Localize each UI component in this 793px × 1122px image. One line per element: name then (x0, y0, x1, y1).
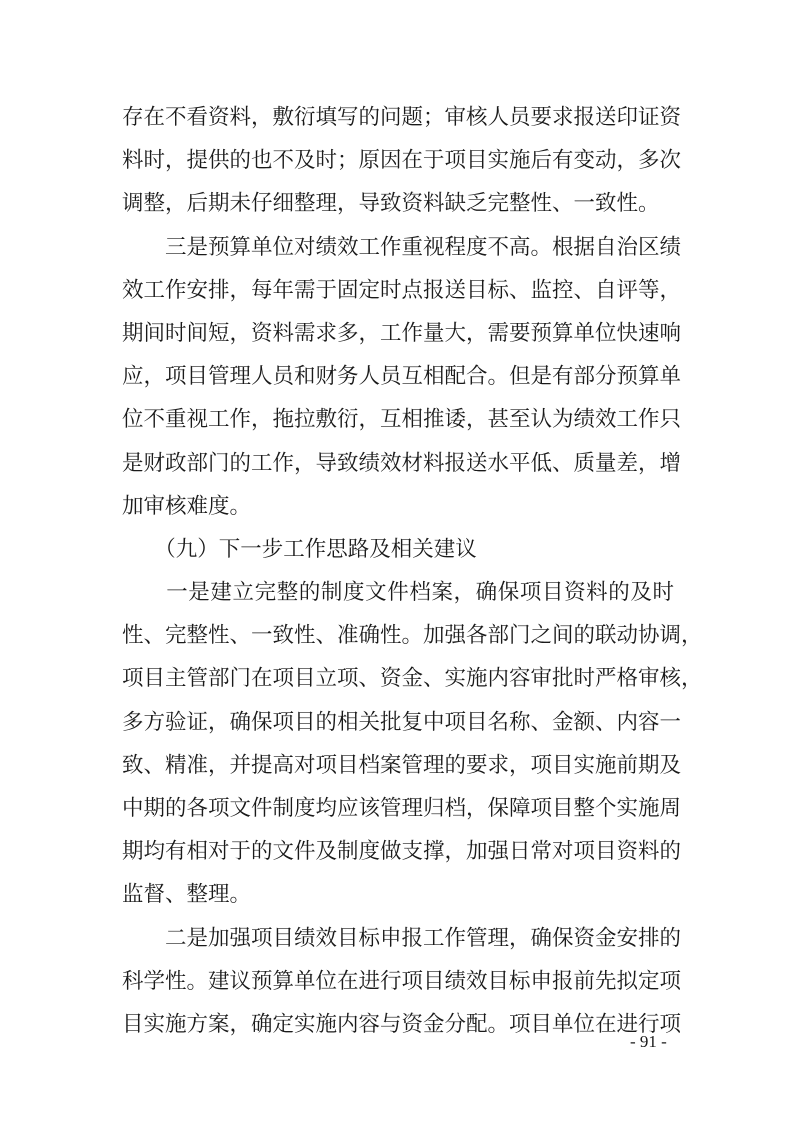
page-number: - 91 - (630, 1032, 667, 1052)
paragraph-start-line: 二是加强项目绩效目标申报工作管理，确保资金安排的 (122, 917, 674, 960)
text-line: 目实施方案，确定实施内容与资金分配。项目单位在进行项 (122, 1003, 674, 1046)
text-line: 性、完整性、一致性、准确性。加强各部门之间的联动协调， (122, 614, 674, 657)
text-line: 应，项目管理人员和财务人员互相配合。但是有部分预算单 (122, 355, 674, 398)
text-line: 期均有相对于的文件及制度做支撑，加强日常对项目资料的 (122, 830, 674, 873)
text-line: 效工作安排，每年需于固定时点报送目标、监控、自评等， (122, 269, 674, 312)
body-text: 存在不看资料，敷衍填写的问题；审核人员要求报送印证资 料时，提供的也不及时；原因… (122, 96, 674, 1046)
text-line: 存在不看资料，敷衍填写的问题；审核人员要求报送印证资 (122, 96, 674, 139)
section-heading: （九）下一步工作思路及相关建议 (122, 528, 674, 571)
text-line: 期间时间短，资料需求多，工作量大，需要预算单位快速响 (122, 312, 674, 355)
paragraph-start-line: 一是建立完整的制度文件档案，确保项目资料的及时 (122, 571, 674, 614)
text-line: 加审核难度。 (122, 485, 674, 528)
text-line: 科学性。建议预算单位在进行项目绩效目标申报前先拟定项 (122, 960, 674, 1003)
text-line: 项目主管部门在项目立项、资金、实施内容审批时严格审核， (122, 657, 674, 700)
text-line: 致、精准，并提高对项目档案管理的要求，项目实施前期及 (122, 744, 674, 787)
text-line: 料时，提供的也不及时；原因在于项目实施后有变动，多次 (122, 139, 674, 182)
paragraph-start-line: 三是预算单位对绩效工作重视程度不高。根据自治区绩 (122, 226, 674, 269)
text-line: 是财政部门的工作，导致绩效材料报送水平低、质量差，增 (122, 442, 674, 485)
text-line: 调整，后期未仔细整理，导致资料缺乏完整性、一致性。 (122, 182, 674, 225)
text-line: 多方验证，确保项目的相关批复中项目名称、金额、内容一 (122, 701, 674, 744)
document-page: 存在不看资料，敷衍填写的问题；审核人员要求报送印证资 料时，提供的也不及时；原因… (0, 0, 793, 1122)
text-line: 监督、整理。 (122, 873, 674, 916)
text-line: 位不重视工作，拖拉敷衍，互相推诿，甚至认为绩效工作只 (122, 398, 674, 441)
text-line: 中期的各项文件制度均应该管理归档，保障项目整个实施周 (122, 787, 674, 830)
